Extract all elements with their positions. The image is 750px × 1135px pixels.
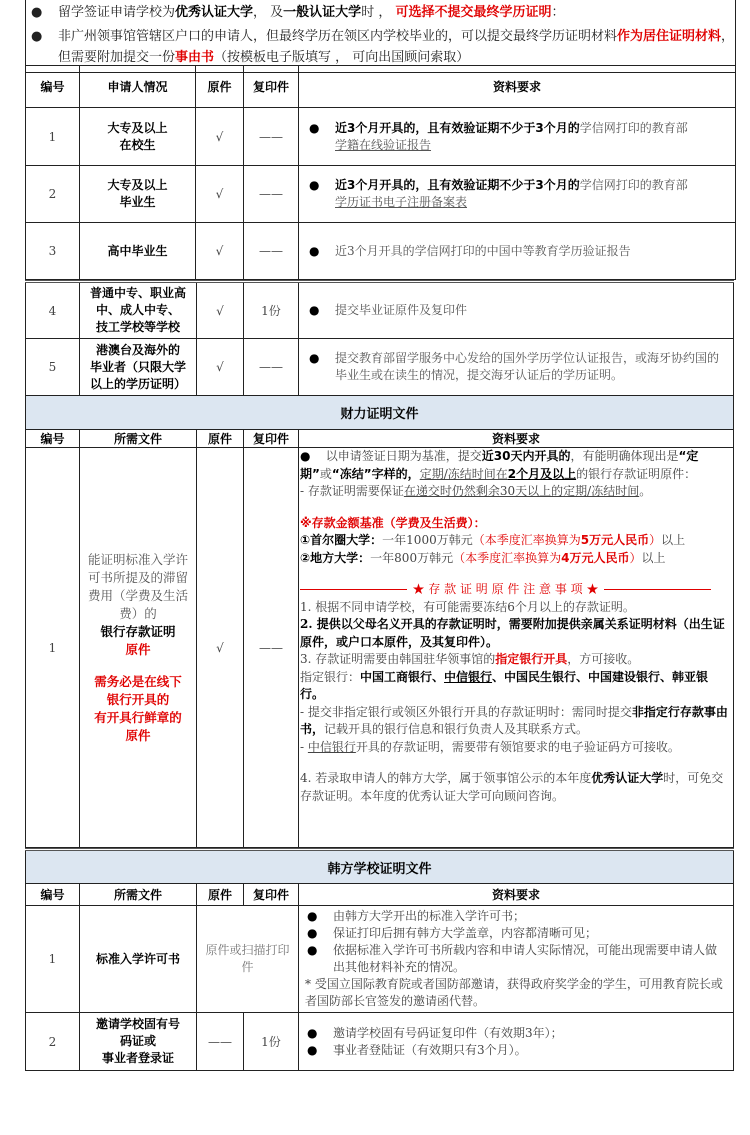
header-no: 编号: [26, 66, 80, 108]
header-original: 原件: [196, 66, 244, 108]
requirement-item: ●保证打印后拥有韩方大学盖章，内容都清晰可见；: [305, 925, 727, 942]
header-no: 编号: [26, 884, 80, 906]
bullet-icon: ●: [300, 449, 310, 463]
header-original: 原件: [197, 884, 244, 906]
applicant-category: 普通中专、职业高中、成人中专、技工学校等学校: [80, 282, 197, 339]
category-line: 大专及以上: [80, 120, 195, 137]
requirement-item: ●依据标准入学许可书所载内容和申请人实际情况，可能出现需要申请人做出其他材料补充…: [305, 942, 727, 976]
table-header-row: 编号 所需文件 原件 复印件 资料要求: [26, 430, 734, 448]
header-copy: 复印件: [244, 66, 299, 108]
bullet-icon: ●: [307, 908, 317, 925]
document-line: 邀请学校固有号: [80, 1016, 196, 1033]
bullet-icon: ●: [309, 120, 319, 137]
copy-mark: ——: [244, 166, 299, 223]
table-row: 5 港澳台及海外的毕业者（只限大学以上的学历证明） √ —— ●提交教育部留学服…: [26, 339, 734, 396]
applicant-category: 大专及以上毕业生: [80, 166, 196, 223]
original-mark: √: [197, 339, 244, 396]
copy-mark: ——: [244, 448, 299, 848]
finance-req-p1: ● 以申请签证日期为基准，提交近30天内开具的，有能明确体现出是“定期”或“冻结…: [300, 448, 731, 483]
category-line: 毕业生: [80, 194, 195, 211]
original-mark: √: [197, 282, 244, 339]
table-header-row: 编号 所需文件 原件 复印件 资料要求: [26, 884, 734, 906]
category-line: 高中毕业生: [80, 243, 195, 260]
bullet-icon: ●: [307, 925, 317, 942]
bullet-icon: ●: [309, 243, 319, 260]
requirements-cell: ●邀请学校固有号码证复印件（有效期3年）； ●事业者登陆证（有效期只有3个月）。: [299, 1013, 734, 1071]
category-line: 中、成人中专、: [80, 302, 196, 319]
document-name: 银行存款证明: [84, 623, 192, 641]
table-row: 2 邀请学校固有号码证或事业者登录证 —— 1份 ●邀请学校固有号码证复印件（有…: [26, 1013, 734, 1071]
bullet-icon: ●: [307, 1042, 317, 1059]
requirement-item: ●邀请学校固有号码证复印件（有效期3年）；: [305, 1025, 727, 1042]
notice-1: 1. 根据不同申请学校，有可能需要冻结6个月以上的存款证明。: [300, 599, 731, 617]
row-number: 1: [26, 108, 80, 166]
header-document: 所需文件: [80, 430, 197, 448]
copy-mark: ——: [244, 339, 299, 396]
original-mark: √: [196, 108, 244, 166]
header-applicant: 申请人情况: [80, 66, 196, 108]
document-line: 码证或: [80, 1033, 196, 1050]
requirements-cell: ●提交教育部留学服务中心发给的国外学历学位认证报告，或海牙协约国的毕业生或在读生…: [299, 339, 734, 396]
document-warning-line: 有开具行鲜章的: [84, 709, 192, 727]
section-header-finance: 财力证明文件: [26, 396, 734, 430]
section-title: 韩方学校证明文件: [26, 850, 734, 884]
table-row: 3 高中毕业生 √ —— ●近3个月开具的学信网打印的中国中等教育学历验证报告: [26, 223, 736, 280]
designated-banks: 指定银行：中国工商银行、中信银行、中国民生银行、中国建设银行、韩亚银行。: [300, 669, 731, 704]
requirement-item: ●由韩方大学开出的标准入学许可书；: [305, 908, 727, 925]
intro-item-1: ● 留学签证申请学校为优秀认证大学， 及一般认证大学时 ， 可选择不提交最终学历…: [26, 2, 735, 23]
header-copy: 复印件: [244, 884, 299, 906]
requirements-cell: ● 以申请签证日期为基准，提交近30天内开具的，有能明确体现出是“定期”或“冻结…: [299, 448, 734, 848]
bullet-icon: ●: [31, 2, 42, 23]
header-requirements: 资料要求: [299, 884, 734, 906]
header-document: 所需文件: [80, 884, 197, 906]
category-line: 大专及以上: [80, 177, 195, 194]
row-number: 1: [26, 448, 80, 848]
copy-mark: ——: [244, 223, 299, 280]
table-row: 2 大专及以上毕业生 √ —— ●近3个月开具的，且有效验证期不少于3个月的学信…: [26, 166, 736, 223]
table-row: 4 普通中专、职业高中、成人中专、技工学校等学校 √ 1份 ●提交毕业证原件及复…: [26, 282, 734, 339]
document-cell: 能证明标准入学许可书所提及的滞留费用（学费及生活费）的 银行存款证明 原件 需务…: [80, 448, 197, 848]
original-mark: √: [197, 448, 244, 848]
education-finance-table: 4 普通中专、职业高中、成人中专、技工学校等学校 √ 1份 ●提交毕业证原件及复…: [25, 280, 734, 848]
row-number: 5: [26, 339, 80, 396]
bullet-icon: ●: [309, 302, 319, 319]
intro-notes: ● 留学签证申请学校为优秀认证大学， 及一般认证大学时 ， 可选择不提交最终学历…: [25, 0, 736, 73]
amount-seoul: ①首尔圈大学：一年1000万韩元（本季度汇率换算为5万元人民币）以上: [300, 532, 731, 550]
requirements-cell: ●由韩方大学开出的标准入学许可书； ●保证打印后拥有韩方大学盖章，内容都清晰可见…: [299, 906, 734, 1013]
header-requirements: 资料要求: [299, 66, 736, 108]
document-warning-line: 原件: [84, 727, 192, 745]
copy-mark: ——: [244, 108, 299, 166]
table-header-row: 编号 申请人情况 原件 复印件 资料要求: [26, 66, 736, 108]
finance-req-p2: - 存款证明需要保证在递交时仍然剩余30天以上的定期/冻结时间。: [300, 483, 731, 501]
requirements-cell: ●近3个月开具的，且有效验证期不少于3个月的学信网打印的教育部学籍在线验证报告: [299, 108, 736, 166]
requirement-item: ●事业者登陆证（有效期只有3个月）。: [305, 1042, 727, 1059]
requirements-cell: ●提交毕业证原件及复印件: [299, 282, 734, 339]
category-line: 毕业者（只限大学: [80, 359, 196, 376]
document-line: 事业者登录证: [80, 1050, 196, 1067]
table-row: 1 能证明标准入学许可书所提及的滞留费用（学费及生活费）的 银行存款证明 原件 …: [26, 448, 734, 848]
notice-4: 4. 若录取申请人的韩方大学，属于领事馆公示的本年度优秀认证大学时，可免交存款证…: [300, 770, 731, 805]
copy-mark: 1份: [244, 1013, 299, 1071]
notice-title-row: ★ 存 款 证 明 原 件 注 意 事 项 ★: [300, 581, 731, 599]
divider-line: [300, 589, 407, 590]
notice-2: 2. 提供以父母名义开具的存款证明时，需要附加提供亲属关系证明材料（出生证原件，…: [300, 616, 731, 651]
row-number: 4: [26, 282, 80, 339]
category-line: 在校生: [80, 137, 195, 154]
education-table-top: 编号 申请人情况 原件 复印件 资料要求 1 大专及以上在校生 √ —— ●近3…: [25, 65, 736, 280]
amount-regional: ②地方大学：一年800万韩元（本季度汇率换算为4万元人民币）以上: [300, 550, 731, 568]
original-mark: ——: [197, 1013, 244, 1071]
notice-3: 3. 存款证明需要由韩国驻华领事馆的指定银行开具，方可接收。: [300, 651, 731, 669]
row-number: 3: [26, 223, 80, 280]
bullet-icon: ●: [309, 177, 319, 194]
notice-title: ★ 存 款 证 明 原 件 注 意 事 项 ★: [413, 581, 599, 599]
row-number: 2: [26, 166, 80, 223]
row-number: 2: [26, 1013, 80, 1071]
header-no: 编号: [26, 430, 80, 448]
bullet-icon: ●: [31, 26, 42, 47]
document-warning-line: 银行开具的: [84, 691, 192, 709]
table-row: 1 大专及以上在校生 √ —— ●近3个月开具的，且有效验证期不少于3个月的学信…: [26, 108, 736, 166]
applicant-category: 高中毕业生: [80, 223, 196, 280]
divider-line: [604, 589, 711, 590]
document-warning-line: 需务必是在线下: [84, 673, 192, 691]
copy-mark: 1份: [244, 282, 299, 339]
header-copy: 复印件: [244, 430, 299, 448]
scholarship-note: * 受国立国际教育院或者国防部邀请，获得政府奖学金的学生，可用教育院长或者国防部…: [305, 976, 727, 1010]
school-documents-table: 韩方学校证明文件 编号 所需文件 原件 复印件 资料要求 1 标准入学许可书 原…: [25, 848, 734, 1071]
bullet-icon: ●: [309, 350, 319, 367]
amount-title: ※存款金额基准（学费及生活费）：: [300, 515, 731, 533]
bullet-icon: ●: [307, 942, 317, 959]
applicant-category: 港澳台及海外的毕业者（只限大学以上的学历证明）: [80, 339, 197, 396]
document-description: 能证明标准入学许可书所提及的滞留费用（学费及生活费）的: [84, 551, 192, 623]
header-original: 原件: [197, 430, 244, 448]
document-original-note: 原件: [84, 641, 192, 659]
category-line: 技工学校等学校: [80, 319, 196, 336]
header-requirements: 资料要求: [299, 430, 734, 448]
category-line: 以上的学历证明）: [80, 376, 196, 393]
original-mark: √: [196, 166, 244, 223]
category-line: 普通中专、职业高: [80, 285, 196, 302]
notice-3-nondesignated: - 提交非指定银行或领区外银行开具的存款证明时：需同时提交非指定行存款事由书，记…: [300, 704, 731, 739]
bullet-icon: ●: [307, 1025, 317, 1042]
section-header-school: 韩方学校证明文件: [26, 850, 734, 884]
document-name: 邀请学校固有号码证或事业者登录证: [80, 1013, 197, 1071]
original-or-scan: 原件或扫描打印件: [197, 906, 299, 1013]
document-name: 标准入学许可书: [80, 906, 197, 1013]
original-mark: √: [196, 223, 244, 280]
notice-3-citic: - 中信银行开具的存款证明，需要带有领馆要求的电子验证码方可接收。: [300, 739, 731, 757]
intro-item-2: ● 非广州领事馆管辖区户口的申请人，但最终学历在领区内学校毕业的，可以提交最终学…: [26, 26, 735, 68]
requirements-cell: ●近3个月开具的学信网打印的中国中等教育学历验证报告: [299, 223, 736, 280]
table-row: 1 标准入学许可书 原件或扫描打印件 ●由韩方大学开出的标准入学许可书； ●保证…: [26, 906, 734, 1013]
category-line: 港澳台及海外的: [80, 342, 196, 359]
row-number: 1: [26, 906, 80, 1013]
requirements-cell: ●近3个月开具的，且有效验证期不少于3个月的学信网打印的教育部学历证书电子注册备…: [299, 166, 736, 223]
applicant-category: 大专及以上在校生: [80, 108, 196, 166]
section-title: 财力证明文件: [26, 396, 734, 430]
